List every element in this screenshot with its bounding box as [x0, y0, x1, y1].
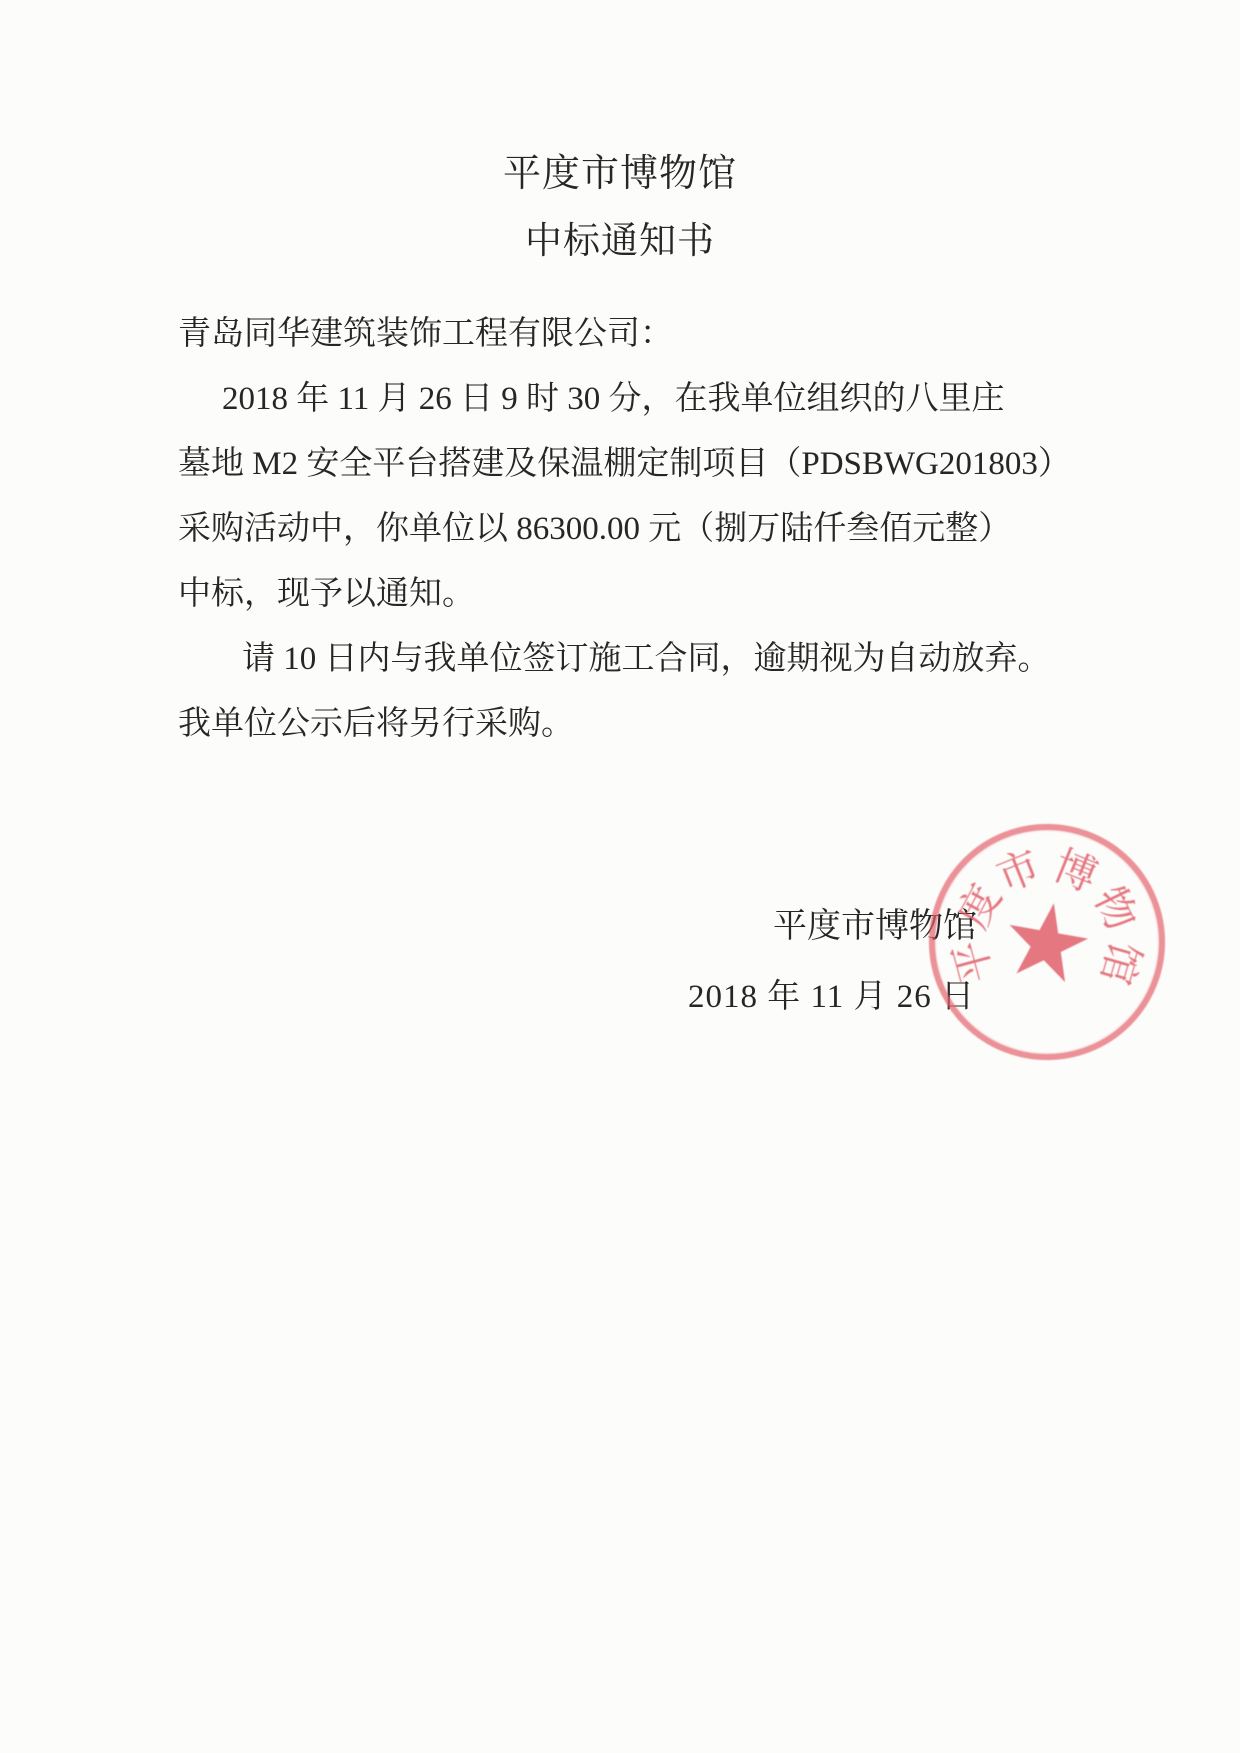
body-line: 我单位公示后将另行采购。: [178, 692, 1090, 757]
seal-char: 馆: [1094, 937, 1146, 989]
signature-org: 平度市博物馆: [0, 892, 977, 962]
document-title: 平度市博物馆: [0, 0, 1240, 196]
body-line: 中标，现予以通知。: [178, 562, 1090, 627]
body-line: 墓地 M2 安全平台搭建及保温棚定制项目（PDSBWG201803）: [178, 432, 1090, 497]
signature-date: 2018 年 11 月 26 日: [0, 962, 977, 1032]
body-line: 采购活动中，你单位以 86300.00 元（捌万陆仟叁佰元整）: [178, 497, 1090, 562]
addressee-line: 青岛同华建筑装饰工程有限公司：: [178, 302, 1090, 367]
scanned-notice-page: 平度市博物馆 中标通知书 青岛同华建筑装饰工程有限公司： 2018 年 11 月…: [0, 0, 1240, 1753]
seal-char: 平: [948, 936, 999, 987]
letter-body: 青岛同华建筑装饰工程有限公司： 2018 年 11 月 26 日 9 时 30 …: [178, 302, 1090, 757]
official-seal: ★ 平 度 市 博 物 馆: [929, 824, 1165, 1060]
document-subtitle: 中标通知书: [0, 220, 1240, 264]
seal-char: 度: [951, 878, 1008, 935]
body-line: 请 10 日内与我单位签订施工合同，逾期视为自动放弃。: [178, 627, 1090, 692]
body-line: 2018 年 11 月 26 日 9 时 30 分，在我单位组织的八里庄: [178, 367, 1090, 432]
